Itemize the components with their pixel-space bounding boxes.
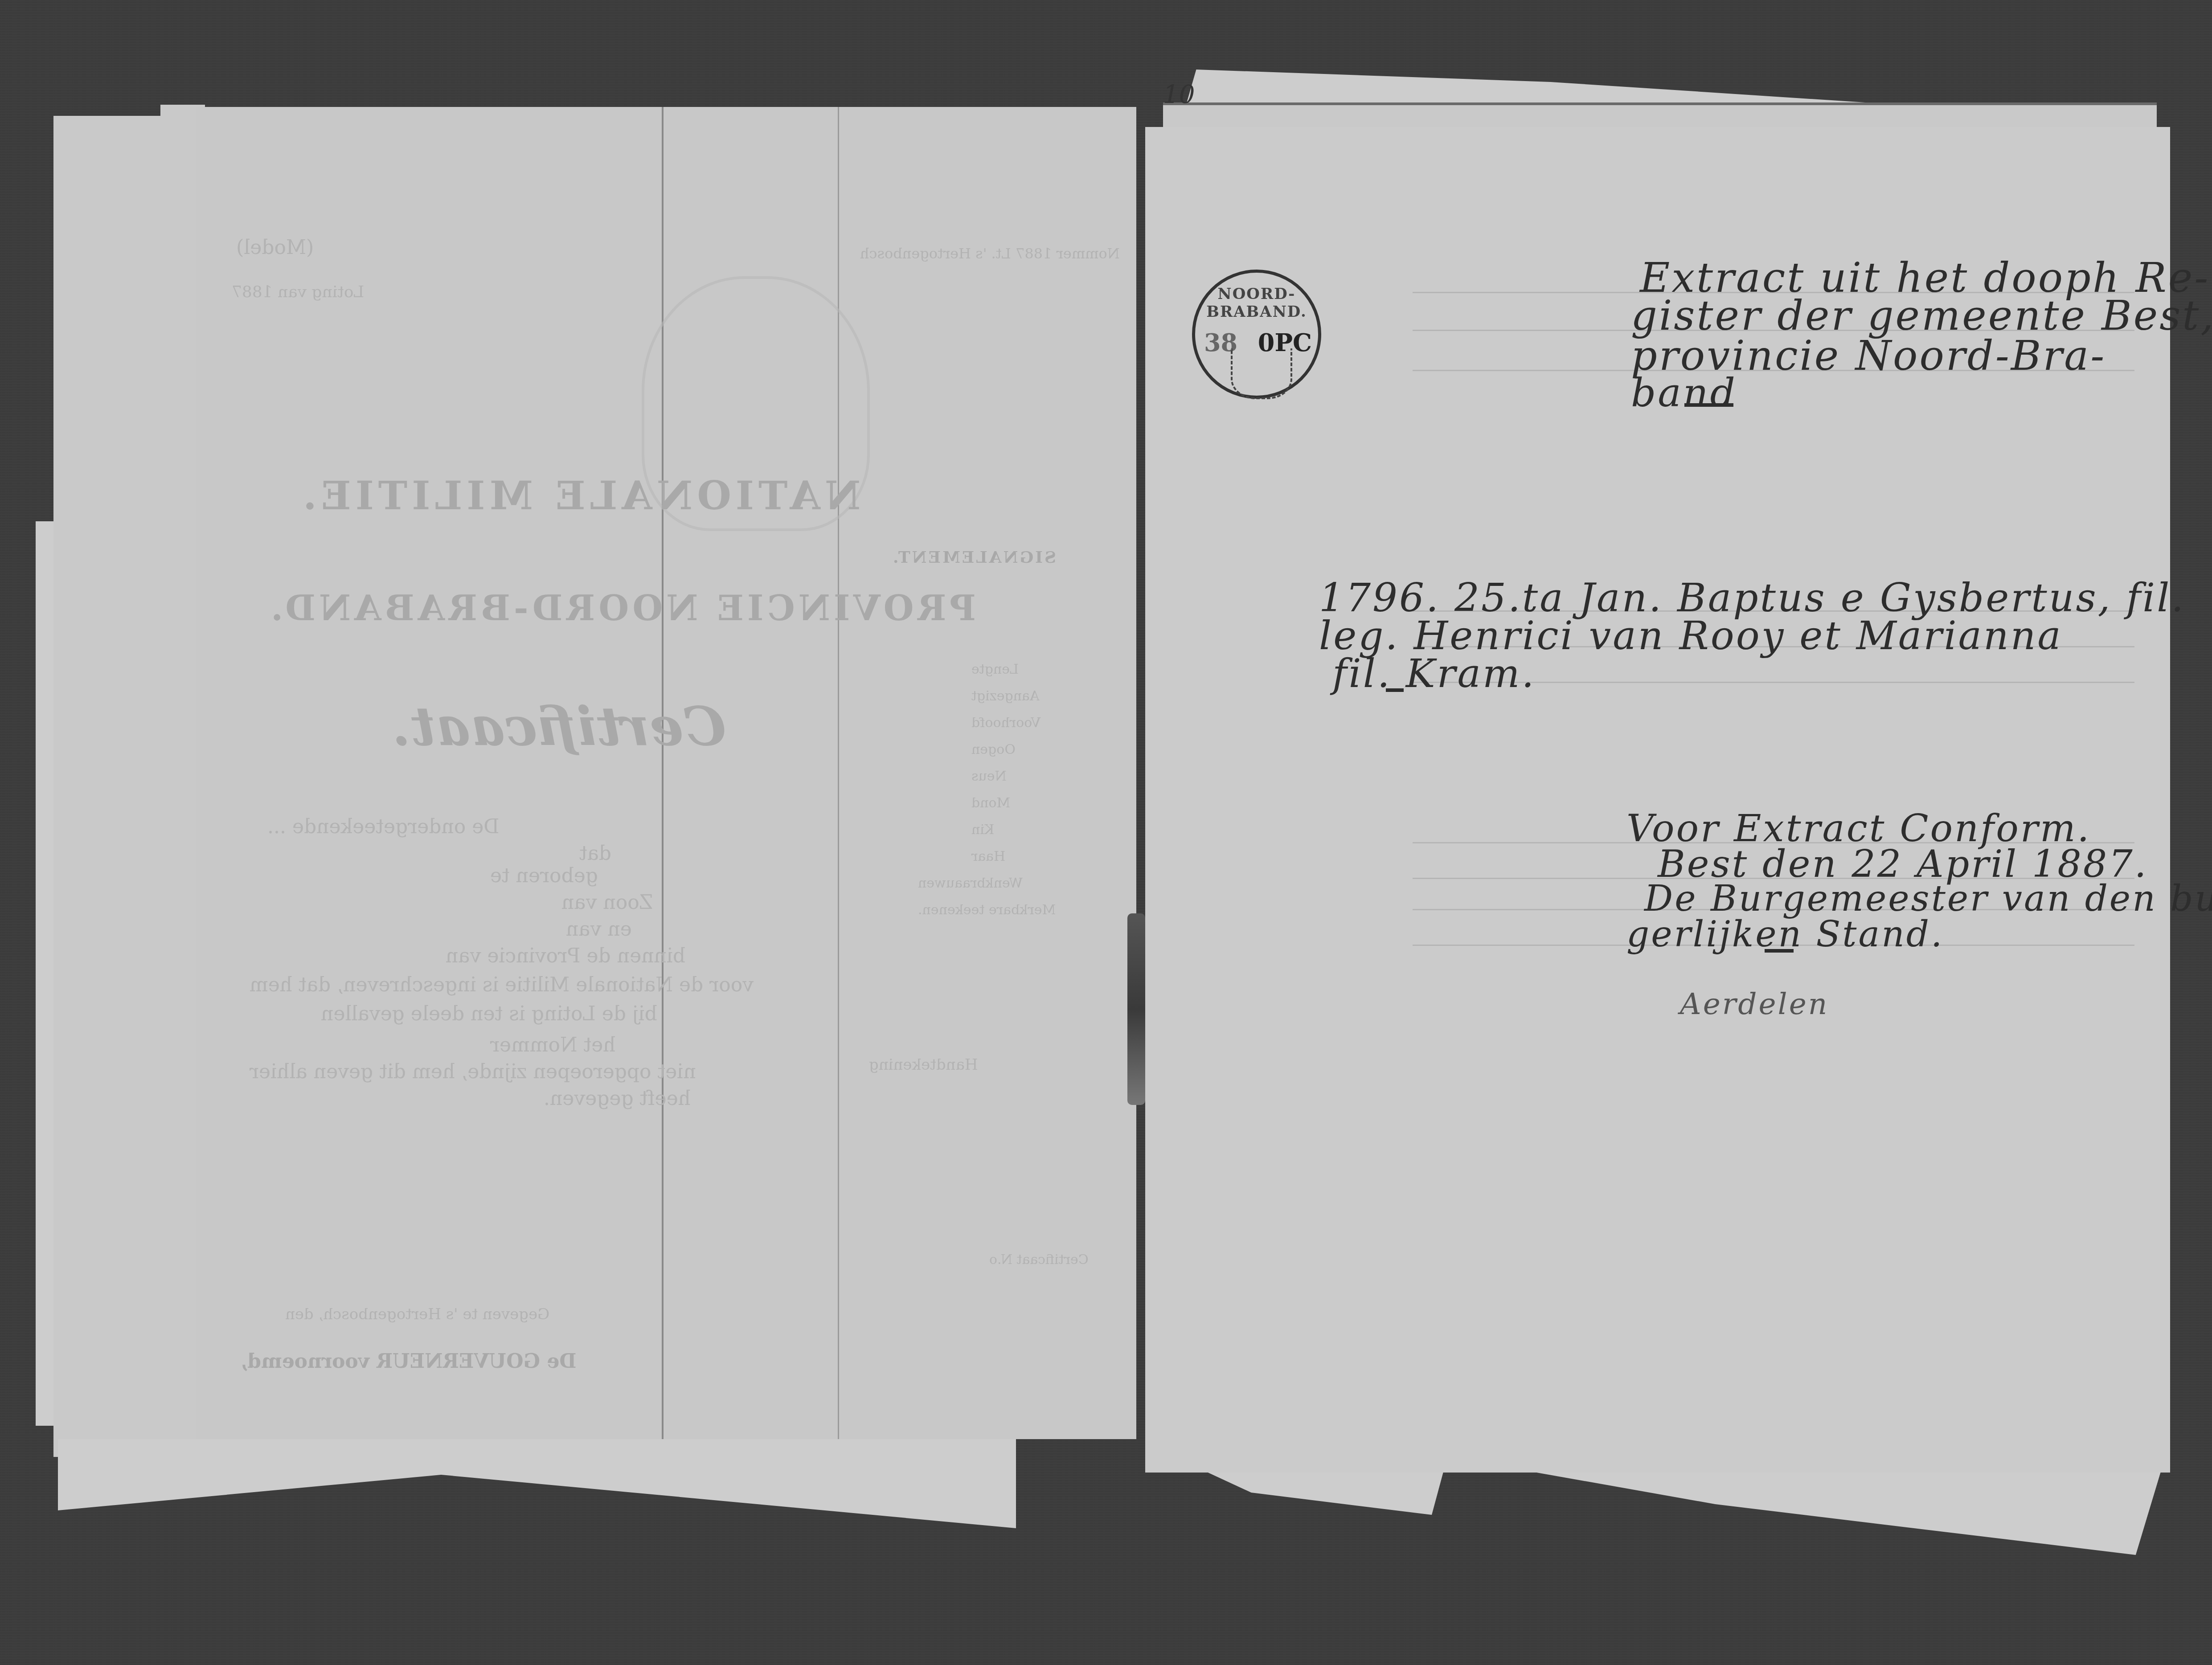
body-line: geboren te: [490, 864, 598, 887]
lion-shield-icon: [1231, 348, 1292, 399]
body-line: het Nommer: [490, 1034, 616, 1056]
binding-gutter: [1127, 913, 1145, 1105]
column-divider: [838, 107, 839, 1439]
body-line: bij de Loting is ten deele gevallen: [321, 1002, 657, 1025]
signalement-field: Neus: [971, 769, 1007, 784]
burgemeester-signature: Aerdelen: [1680, 987, 1829, 1021]
folio-number: 10: [1163, 80, 1195, 109]
province-title: PROVINCIE NOORD-BRABAND.: [267, 588, 976, 629]
signalement-field: Oogen: [971, 742, 1016, 757]
stamp-ring-text: NOORD-BRABAND.: [1195, 285, 1318, 321]
signalement-field: Lengte: [971, 662, 1019, 677]
given-at-line: Gegeven te 's Hertogenbosch, den: [285, 1305, 549, 1323]
entry-dash: [1386, 688, 1404, 692]
body-line: en van: [566, 918, 632, 941]
certificate-title: Certificaat.: [392, 695, 726, 758]
body-line: dat: [579, 842, 611, 865]
signalement-field: Wenkbraauwen: [918, 875, 1023, 891]
signalement-heading: SIGNALEMENT.: [891, 548, 1056, 567]
body-line: heeft gegeven.: [544, 1087, 691, 1110]
signalement-field: Haar: [971, 849, 1005, 864]
governor-line: De GOUVERNEUR voornoemd,: [241, 1350, 576, 1373]
certificate-number-label: Certificaat N.o: [989, 1252, 1089, 1268]
body-line: Zoon van: [561, 891, 653, 914]
handtekening-label: Handtekening: [869, 1056, 978, 1074]
body-line: De ondergeteekende ...: [267, 815, 500, 838]
left-page-certificate: (Model) Loting van 1887 NATIONALE MILITI…: [196, 107, 1136, 1439]
signalement-field: Voorhoofd: [971, 715, 1040, 731]
body-line: niet opgeroepen zijnde, hem dit geven al…: [250, 1060, 696, 1083]
model-label: (Model): [236, 236, 314, 259]
heading-dash: [1684, 403, 1733, 407]
signalement-field: Merkbare teekenen.: [918, 902, 1056, 918]
signalement-field: Mond: [971, 795, 1010, 811]
certification-dash: [1765, 949, 1794, 953]
body-line: binnen de Provincie van: [446, 945, 685, 967]
baptism-entry-line-3: fil. Kram.: [1332, 650, 1536, 696]
loting-label: Loting van 1887: [232, 283, 364, 301]
body-line: voor de Nationale Militie is ingeschreve…: [250, 974, 754, 996]
side-number: Nommer 1887 Lt. 's Hertogenbosch: [860, 245, 1120, 262]
page-fold-line: [662, 107, 664, 1439]
signalement-field: Aangezigt: [971, 688, 1040, 704]
noord-braband-stamp: NOORD-BRABAND. 38 0PC: [1192, 270, 1321, 399]
form-title: NATIONALE MILITIE.: [299, 472, 860, 519]
extract-heading-line-4: band: [1631, 370, 1737, 416]
signalement-field: Kin: [971, 822, 994, 838]
